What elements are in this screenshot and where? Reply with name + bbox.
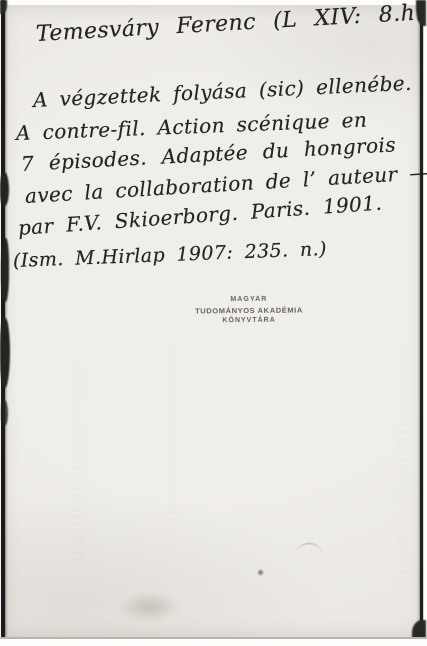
smudge-mark (118, 592, 180, 622)
stamp-line-tudomanyos-akademia: TUDOMÁNYOS AKADÉMIA (192, 305, 306, 317)
scanned-catalog-card: Temesváry Ferenc (L XIV: 8.h. A végzette… (0, 0, 427, 646)
corner-shadow (412, 620, 426, 638)
ink-dot-mark (257, 569, 264, 576)
scan-bottom-boundary (0, 637, 427, 639)
stamp-line-konyvtara: KÖNYVTÁRA (192, 316, 306, 327)
edge-ink-blob (0, 172, 9, 206)
show-through-text-mark (396, 345, 408, 580)
show-through-text-mark (168, 350, 179, 520)
film-edge-right (420, 8, 423, 638)
library-stamp: MAGYAR TUDOMÁNYOS AKADÉMIA KÖNYVTÁRA (192, 295, 306, 327)
edge-ink-blob (1, 238, 9, 302)
show-through-text-mark (72, 360, 85, 560)
edge-ink-blob (1, 400, 8, 426)
